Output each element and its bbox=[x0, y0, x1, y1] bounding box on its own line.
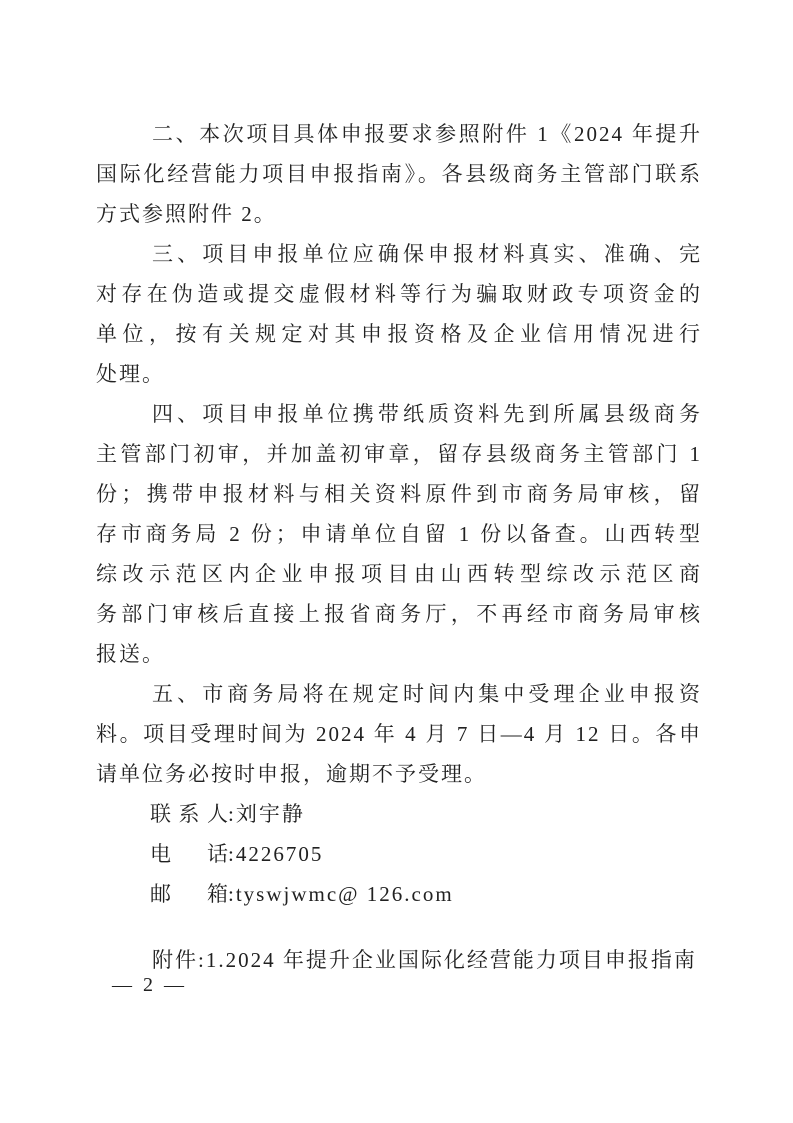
paragraph-item-5: 五、市商务局将在规定时间内集中受理企业申报资 料。项目受理时间为 2024 年 … bbox=[96, 674, 702, 794]
doc-line: 四、项目申报单位携带纸质资料先到所属县级商务 bbox=[96, 394, 702, 434]
doc-line: 单位，按有关规定对其申报资格及企业信用情况进行 bbox=[96, 314, 702, 354]
doc-line: 请单位务必按时申报，逾期不予受理。 bbox=[96, 754, 702, 794]
contact-email-row: 邮箱:tyswjwmc@ 126.com bbox=[96, 874, 702, 914]
contact-person-label: 联系人 bbox=[150, 794, 228, 834]
paragraph-item-2: 二、本次项目具体申报要求参照附件 1《2024 年提升企业 国际化经营能力项目申… bbox=[96, 114, 702, 234]
paragraph-item-4: 四、项目申报单位携带纸质资料先到所属县级商务 主管部门初审，并加盖初审章，留存县… bbox=[96, 394, 702, 674]
doc-line: 综改示范区内企业申报项目由山西转型综改示范区商 bbox=[96, 554, 702, 594]
doc-line: 三、项目申报单位应确保申报材料真实、准确、完整。 bbox=[96, 234, 702, 274]
paragraph-item-3: 三、项目申报单位应确保申报材料真实、准确、完整。 对存在伪造或提交虚假材料等行为… bbox=[96, 234, 702, 394]
contact-phone-row: 电话:4226705 bbox=[96, 834, 702, 874]
doc-line: 二、本次项目具体申报要求参照附件 1《2024 年提升企业 bbox=[96, 114, 702, 154]
doc-line: 方式参照附件 2。 bbox=[96, 194, 702, 234]
doc-line: 对存在伪造或提交虚假材料等行为骗取财政专项资金的 bbox=[96, 274, 702, 314]
doc-line: 主管部门初审，并加盖初审章，留存县级商务主管部门 1 bbox=[96, 434, 702, 474]
document-page: 二、本次项目具体申报要求参照附件 1《2024 年提升企业 国际化经营能力项目申… bbox=[0, 0, 793, 1123]
colon: : bbox=[228, 874, 236, 914]
contact-person-row: 联系人:刘宇静 bbox=[96, 794, 702, 834]
page-number: — 2 — bbox=[112, 972, 187, 998]
document-body: 二、本次项目具体申报要求参照附件 1《2024 年提升企业 国际化经营能力项目申… bbox=[96, 114, 702, 980]
contact-phone-number: 4226705 bbox=[236, 842, 324, 866]
doc-line: 国际化经营能力项目申报指南》。各县级商务主管部门联系 bbox=[96, 154, 702, 194]
doc-line: 报送。 bbox=[96, 634, 702, 674]
doc-line: 存市商务局 2 份；申请单位自留 1 份以备查。山西转型 bbox=[96, 514, 702, 554]
colon: : bbox=[228, 794, 236, 834]
contact-email-address: tyswjwmc@ 126.com bbox=[236, 882, 454, 906]
doc-line: 五、市商务局将在规定时间内集中受理企业申报资 bbox=[96, 674, 702, 714]
doc-line: 料。项目受理时间为 2024 年 4 月 7 日—4 月 12 日。各申 bbox=[96, 714, 702, 754]
contact-person-name: 刘宇静 bbox=[236, 802, 305, 826]
doc-line: 份；携带申报材料与相关资料原件到市商务局审核，留 bbox=[96, 474, 702, 514]
doc-line: 处理。 bbox=[96, 354, 702, 394]
doc-line: 务部门审核后直接上报省商务厅，不再经市商务局审核 bbox=[96, 594, 702, 634]
contact-phone-label: 电话 bbox=[150, 834, 228, 874]
contact-email-label: 邮箱 bbox=[150, 874, 228, 914]
colon: : bbox=[228, 834, 236, 874]
